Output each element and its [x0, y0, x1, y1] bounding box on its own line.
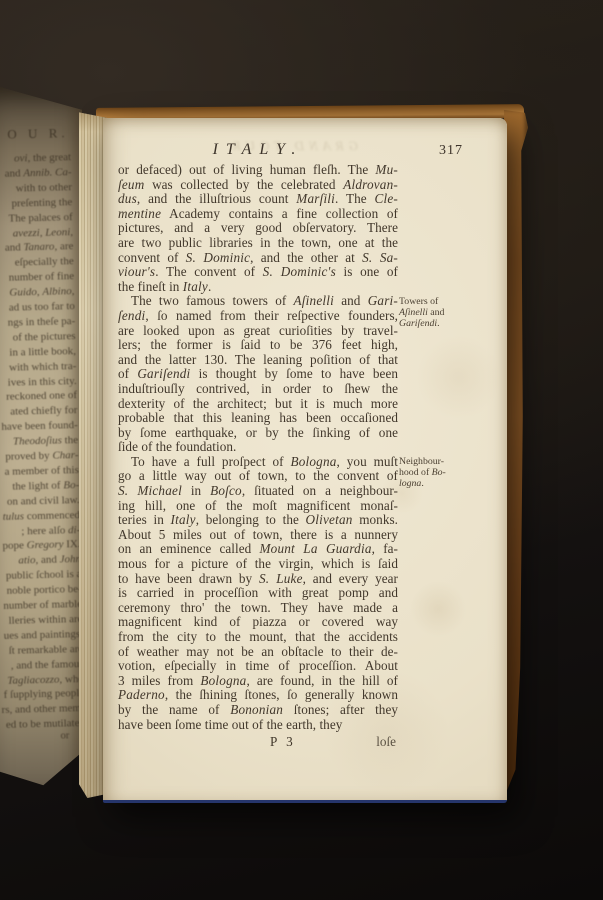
page-number: 317 — [439, 143, 463, 159]
text-line: 3 miles from Bologna, are found, in the … — [118, 674, 398, 689]
text-line: votion, eſpecially in time of proceſſion… — [118, 659, 398, 674]
left-page-text-fragment: ngs in theſe pa- — [8, 315, 76, 329]
left-page-text-fragment: ives in this city. — [8, 375, 77, 389]
left-page-fragments: O U R. or ovi, the greatand Annib. Ca-wi… — [0, 86, 82, 788]
left-page-text-fragment: Tagliacozzo, who — [7, 672, 82, 686]
text-line: S. Michael in Boſco, ſituated on a neigh… — [118, 484, 398, 499]
left-page-running-header: O U R. — [7, 125, 69, 142]
text-line: by the name of Bononian ſtones; after th… — [118, 703, 398, 718]
text-line: and the latter 130. The leaning poſition… — [118, 353, 398, 368]
text-line: by ſome earthquake, or by the ſinking of… — [118, 426, 398, 441]
left-page-text-fragment: and Tanaro, are — [5, 240, 74, 254]
right-page: GRAND TOUR ITALY. 317 or defaced) out of… — [103, 118, 507, 803]
text-line: have been ſome time out of the earth, th… — [118, 718, 398, 733]
text-line: pictures, and a very good obſervatory. T… — [118, 221, 398, 236]
left-page-text-fragment: The palaces of — [8, 211, 72, 225]
left-page-text-fragment: eſpecially the — [15, 255, 74, 268]
left-page-text-fragment: ues and paintings. — [4, 628, 82, 642]
left-page-text-fragment: preſenting the — [11, 196, 72, 209]
left-page-text-fragment: and Annib. Ca- — [4, 166, 71, 180]
text-line: of Gariſendi is thought by ſome to have … — [118, 367, 398, 382]
left-page-text-fragment: number of fine — [9, 270, 75, 284]
text-line: go a little way out of town, to the conv… — [118, 469, 398, 484]
text-line: To have a full proſpect of Bologna, you … — [118, 455, 398, 470]
left-page-text-fragment: a member of this — [4, 464, 79, 478]
text-line: Paderno, the ſhining ſtones, ſo generall… — [118, 688, 398, 703]
left-page-text-fragment: ated chiefly for — [10, 404, 77, 418]
left-page: O U R. or ovi, the greatand Annib. Ca-wi… — [0, 86, 82, 788]
left-page-text-fragment: ed to be mutilated — [6, 717, 82, 731]
text-line: ing hill, one of the moſt magnificent mo… — [118, 499, 398, 514]
left-page-text-fragment: Guido, Albino, — [9, 285, 74, 299]
left-page-text-fragment: the light of Bo- — [12, 479, 79, 493]
body-text: or defaced) out of living human fleſh. T… — [118, 163, 398, 732]
text-line: dexterity of the architect; but it is mu… — [118, 397, 398, 412]
left-page-text-fragment: of the pictures — [12, 330, 75, 344]
text-line: magnificent kind of piazza or covered wa… — [118, 615, 398, 630]
text-line: dus, and the illuſtrious count Marſili. … — [118, 192, 398, 207]
left-page-text-fragment: in a little book, — [9, 345, 76, 359]
left-page-text-fragment: with to other — [16, 181, 72, 194]
left-page-text-fragment: , and the famous — [11, 658, 82, 672]
text-line: probable that this leaning has been occa… — [118, 411, 398, 426]
text-line: ſeum was collected by the celebrated Ald… — [118, 178, 398, 193]
left-page-text-fragment: f ſupplying people — [3, 687, 82, 701]
text-line: lers; the former is ſaid to be 376 feet … — [118, 338, 398, 353]
text-line: mous for a picture of the virgin, which … — [118, 557, 398, 572]
left-page-text-fragment: pope Gregory IX. — [2, 538, 80, 552]
left-page-catchword: or — [60, 730, 69, 741]
text-line: The two famous towers of Aſinelli and Ga… — [118, 294, 398, 309]
left-page-text-fragment: ovi, the great — [14, 151, 71, 164]
margin-note-towers: Towers of Aſinelli and Gariſendi. — [399, 296, 457, 330]
text-line: the fineſt in Italy. — [118, 280, 398, 295]
running-header: ITALY. — [118, 141, 398, 159]
signature-mark: P 3 — [270, 734, 296, 750]
left-page-text-fragment: rs, and other mem- — [1, 702, 82, 716]
text-line: to have been drawn by S. Luke, and every… — [118, 572, 398, 587]
book-photograph: O U R. or ovi, the greatand Annib. Ca-wi… — [0, 0, 603, 900]
text-line: viour's. The convent of S. Dominic's is … — [118, 265, 398, 280]
left-page-text-fragment: Theodoſius the — [13, 434, 78, 448]
left-page-text-fragment: number of marble — [3, 598, 82, 612]
margin-note-neighbourhood: Neighbour- hood of Bo- logna. — [399, 456, 459, 490]
left-page-text-fragment: lleries within are — [8, 613, 82, 627]
left-page-text-fragment: ſt remarkable are — [9, 643, 82, 657]
text-line: induſtriouſly contrived, in order to ſhe… — [118, 382, 398, 397]
text-line: on an eminence called Mount La Guardia, … — [118, 542, 398, 557]
text-line: About 5 miles out of town, there is a nu… — [118, 528, 398, 543]
text-line: or defaced) out of living human fleſh. T… — [118, 163, 398, 178]
left-page-text-fragment: tulus commenced — [2, 509, 80, 523]
page-title: ITALY. — [213, 141, 304, 158]
left-page-text-fragment: proved by Char- — [5, 449, 78, 463]
catchword: loſe — [376, 734, 396, 750]
left-page-text-fragment: on and civil law. — [7, 494, 80, 508]
left-page-text-fragment: avezzi, Leoni, — [13, 226, 73, 239]
left-page-text-fragment: have been found- — [1, 419, 78, 433]
text-line: ceremony thro' the town. They have made … — [118, 601, 398, 616]
text-line: are looked upon as great curioſities by … — [118, 324, 398, 339]
text-line: ſendi, ſo named from their reſpective fo… — [118, 309, 398, 324]
text-line: mentine Academy contains a fine collecti… — [118, 207, 398, 222]
left-page-text-fragment: ad us too far to — [9, 300, 75, 314]
text-line: of weather may not be an obſtacle to the… — [118, 645, 398, 660]
left-page-text-fragment: with which tra- — [9, 360, 76, 374]
left-page-text-fragment: atio, and John — [18, 553, 81, 567]
signature-row: P 3 loſe — [118, 734, 398, 750]
text-line: convent of S. Dominic, and the other at … — [118, 251, 398, 266]
left-page-text-fragment: reckoned one of — [6, 389, 77, 403]
left-page-text-fragment: public ſchool is a — [6, 568, 82, 582]
text-line: ſide of the foundation. — [118, 440, 398, 455]
text-line: is carried in proceſſion with great pomp… — [118, 586, 398, 601]
text-line: are two public libraries in the town, on… — [118, 236, 398, 251]
text-line: teries in Italy, belonging to the Olivet… — [118, 513, 398, 528]
text-line: from the city to the mount, that the acc… — [118, 630, 398, 645]
left-page-text-fragment: noble portico be- — [6, 583, 81, 597]
left-page-text-fragment: ; here alſo di- — [21, 524, 80, 537]
